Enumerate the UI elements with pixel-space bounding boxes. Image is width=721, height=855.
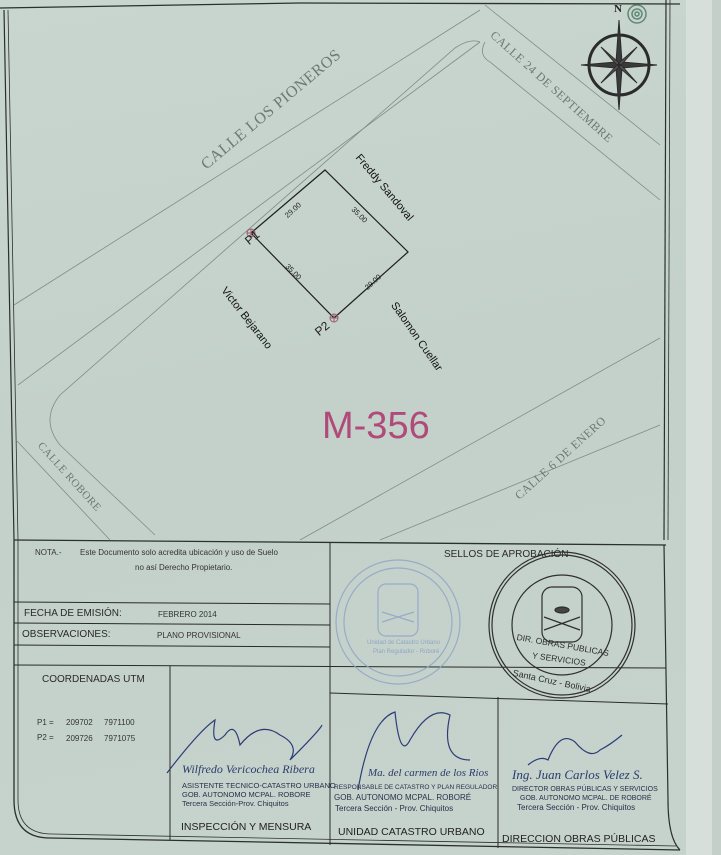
signature-2-line1: RESPONSABLE DE CATASTRO Y PLAN REGULADOR bbox=[334, 783, 497, 792]
coord-p2-label: P2 = bbox=[37, 733, 54, 742]
signature-1-line1: ASISTENTE TECNICO-CATASTRO URBANO bbox=[182, 781, 336, 790]
coord-p1-label: P1 = bbox=[37, 718, 54, 727]
nota-line-2: no así Derecho Propietario. bbox=[135, 563, 232, 572]
seal-emblem-icon bbox=[628, 5, 646, 23]
section-unidad-catastro: UNIDAD CATASTRO URBANO bbox=[338, 826, 485, 838]
coord-p2-north: 7971075 bbox=[104, 734, 135, 743]
north-label: N bbox=[614, 3, 622, 15]
stamp-obras-publicas-icon bbox=[489, 552, 635, 698]
signature-3-line3: Tercera Sección - Prov. Chiquitos bbox=[517, 803, 635, 812]
signature-name-2: Ma. del carmen de los Rios bbox=[368, 767, 488, 779]
stamp1-center-line1: Unidad de Catastro Urbano bbox=[367, 640, 440, 646]
signature-name-1: Wilfredo Vericochea Ribera bbox=[182, 762, 315, 777]
section-inspeccion-mensura: INSPECCIÓN Y MENSURA bbox=[181, 821, 311, 833]
signature-2-line3: Tercera Sección - Prov. Chiquitos bbox=[335, 804, 453, 813]
signature-3-line2: GOB. AUTONOMO MCPAL. DE ROBORÉ bbox=[520, 794, 652, 803]
signature-1-line3: Tercera Sección-Prov. Chiquitos bbox=[182, 799, 289, 808]
coords-title: COORDENADAS UTM bbox=[42, 674, 145, 685]
signature-1-line2: GOB. AUTONOMO MCPAL. ROBORE bbox=[182, 790, 311, 799]
fecha-value: FEBRERO 2014 bbox=[158, 610, 217, 619]
coord-p2-east: 209726 bbox=[66, 734, 93, 743]
coord-p1-east: 209702 bbox=[66, 718, 93, 727]
observaciones-value: PLANO PROVISIONAL bbox=[157, 631, 241, 640]
observaciones-label: OBSERVACIONES: bbox=[22, 629, 111, 640]
fecha-label: FECHA DE EMISIÓN: bbox=[24, 608, 122, 619]
lot-code: M-356 bbox=[322, 405, 430, 448]
stamps-title: SELLOS DE APROBACIÓN bbox=[444, 549, 569, 560]
signature-3-line1: DIRECTOR OBRAS PÚBLICAS Y SERVICIOS bbox=[512, 785, 658, 794]
coord-p1-north: 7971100 bbox=[104, 718, 135, 727]
nota-label: NOTA.- bbox=[35, 548, 62, 557]
nota-line-1: Este Documento solo acredita ubicación y… bbox=[80, 548, 278, 557]
section-direccion-obras: DIRECCION OBRAS PÚBLICAS bbox=[502, 833, 655, 845]
signature-name-3: Ing. Juan Carlos Velez S. bbox=[512, 767, 643, 783]
north-compass-icon bbox=[581, 20, 657, 110]
stamp-catastro-icon bbox=[336, 560, 460, 684]
stamp1-center-line2: Plan Regulador - Roboré bbox=[373, 649, 439, 655]
signature-2-line2: GOB. AUTONOMO MCPAL. ROBORÉ bbox=[334, 793, 471, 802]
